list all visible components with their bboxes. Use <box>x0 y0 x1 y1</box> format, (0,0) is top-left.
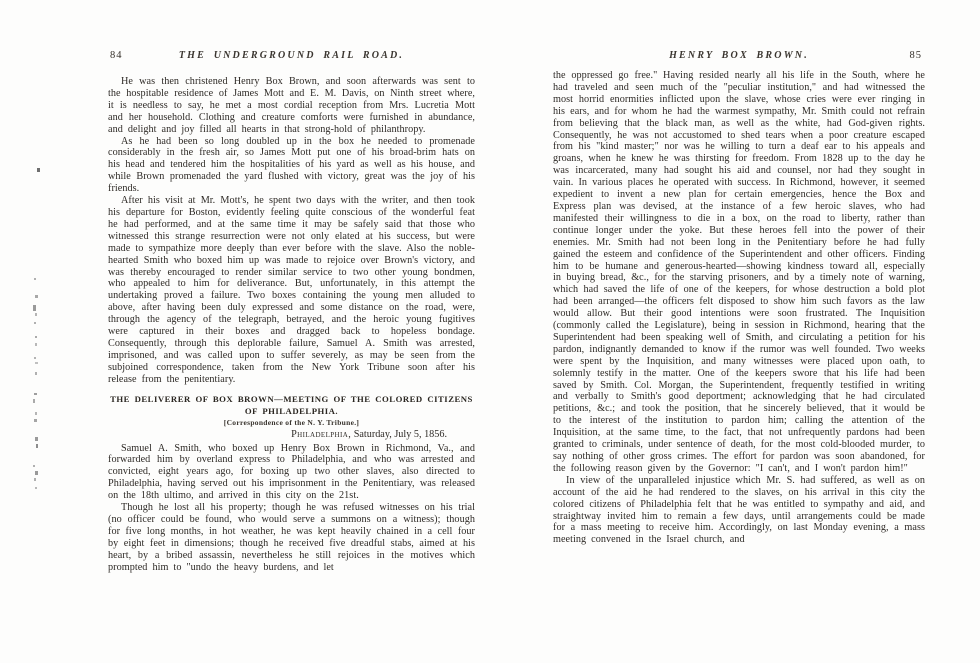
scan-speck <box>35 437 38 441</box>
page-84-header: 84 THE UNDERGROUND RAIL ROAD. <box>108 50 475 64</box>
article-heading-block: THE DELIVERER OF BOX BROWN—MEETING OF TH… <box>108 393 475 441</box>
scan-speck <box>35 343 37 346</box>
scan-speck <box>35 487 37 489</box>
scan-speck <box>35 372 37 375</box>
scan-speck <box>33 399 35 403</box>
page-84-body: He was then christened Henry Box Brown, … <box>108 76 475 574</box>
paragraph: As he had been so long doubled up in the… <box>108 136 475 196</box>
article-dateline: Philadelphia, Saturday, July 5, 1856. <box>108 429 475 441</box>
scan-speck <box>34 278 36 280</box>
paragraph: Samuel A. Smith, who boxed up Henry Box … <box>108 443 475 503</box>
scan-speck <box>33 465 35 467</box>
scan-speck <box>34 322 36 324</box>
page-85-body: the oppressed go free." Having resided n… <box>553 70 925 546</box>
scan-speck <box>34 478 36 481</box>
article-credit: [Correspondence of the N. Y. Tribune.] <box>108 418 475 427</box>
paragraph: the oppressed go free." Having resided n… <box>553 70 925 475</box>
dateline-place: Philadelphia, <box>291 429 351 440</box>
scan-speck <box>33 305 36 311</box>
paragraph: After his visit at Mr. Mott's, he spent … <box>108 195 475 386</box>
page-number-84: 84 <box>110 50 123 61</box>
scan-speck <box>35 362 38 364</box>
scan-speck <box>34 393 37 395</box>
dateline-rest: Saturday, July 5, 1856. <box>351 429 447 440</box>
page-number-85: 85 <box>910 50 923 61</box>
running-title-left: THE UNDERGROUND RAIL ROAD. <box>108 50 475 61</box>
scan-speck <box>35 313 37 316</box>
scan-speck <box>34 357 36 359</box>
paragraph: In view of the unparalleled injustice wh… <box>553 475 925 546</box>
paragraph: He was then christened Henry Box Brown, … <box>108 76 475 136</box>
scan-speck <box>35 471 38 475</box>
article-title-line1: THE DELIVERER OF BOX BROWN—MEETING OF TH… <box>108 393 475 405</box>
scan-speck <box>35 295 38 298</box>
scan-speck <box>35 336 37 338</box>
page-85-header: HENRY BOX BROWN. 85 <box>553 50 925 64</box>
scan-speck <box>35 412 37 415</box>
running-title-right: HENRY BOX BROWN. <box>553 50 925 61</box>
scan-speck <box>37 168 40 172</box>
scan-speck <box>36 444 38 448</box>
scan-speck <box>34 419 37 422</box>
article-title-line2: OF PHILADELPHIA. <box>108 405 475 417</box>
book-spread: 84 THE UNDERGROUND RAIL ROAD. He was the… <box>0 0 980 663</box>
paragraph: Though he lost all his property; though … <box>108 502 475 573</box>
